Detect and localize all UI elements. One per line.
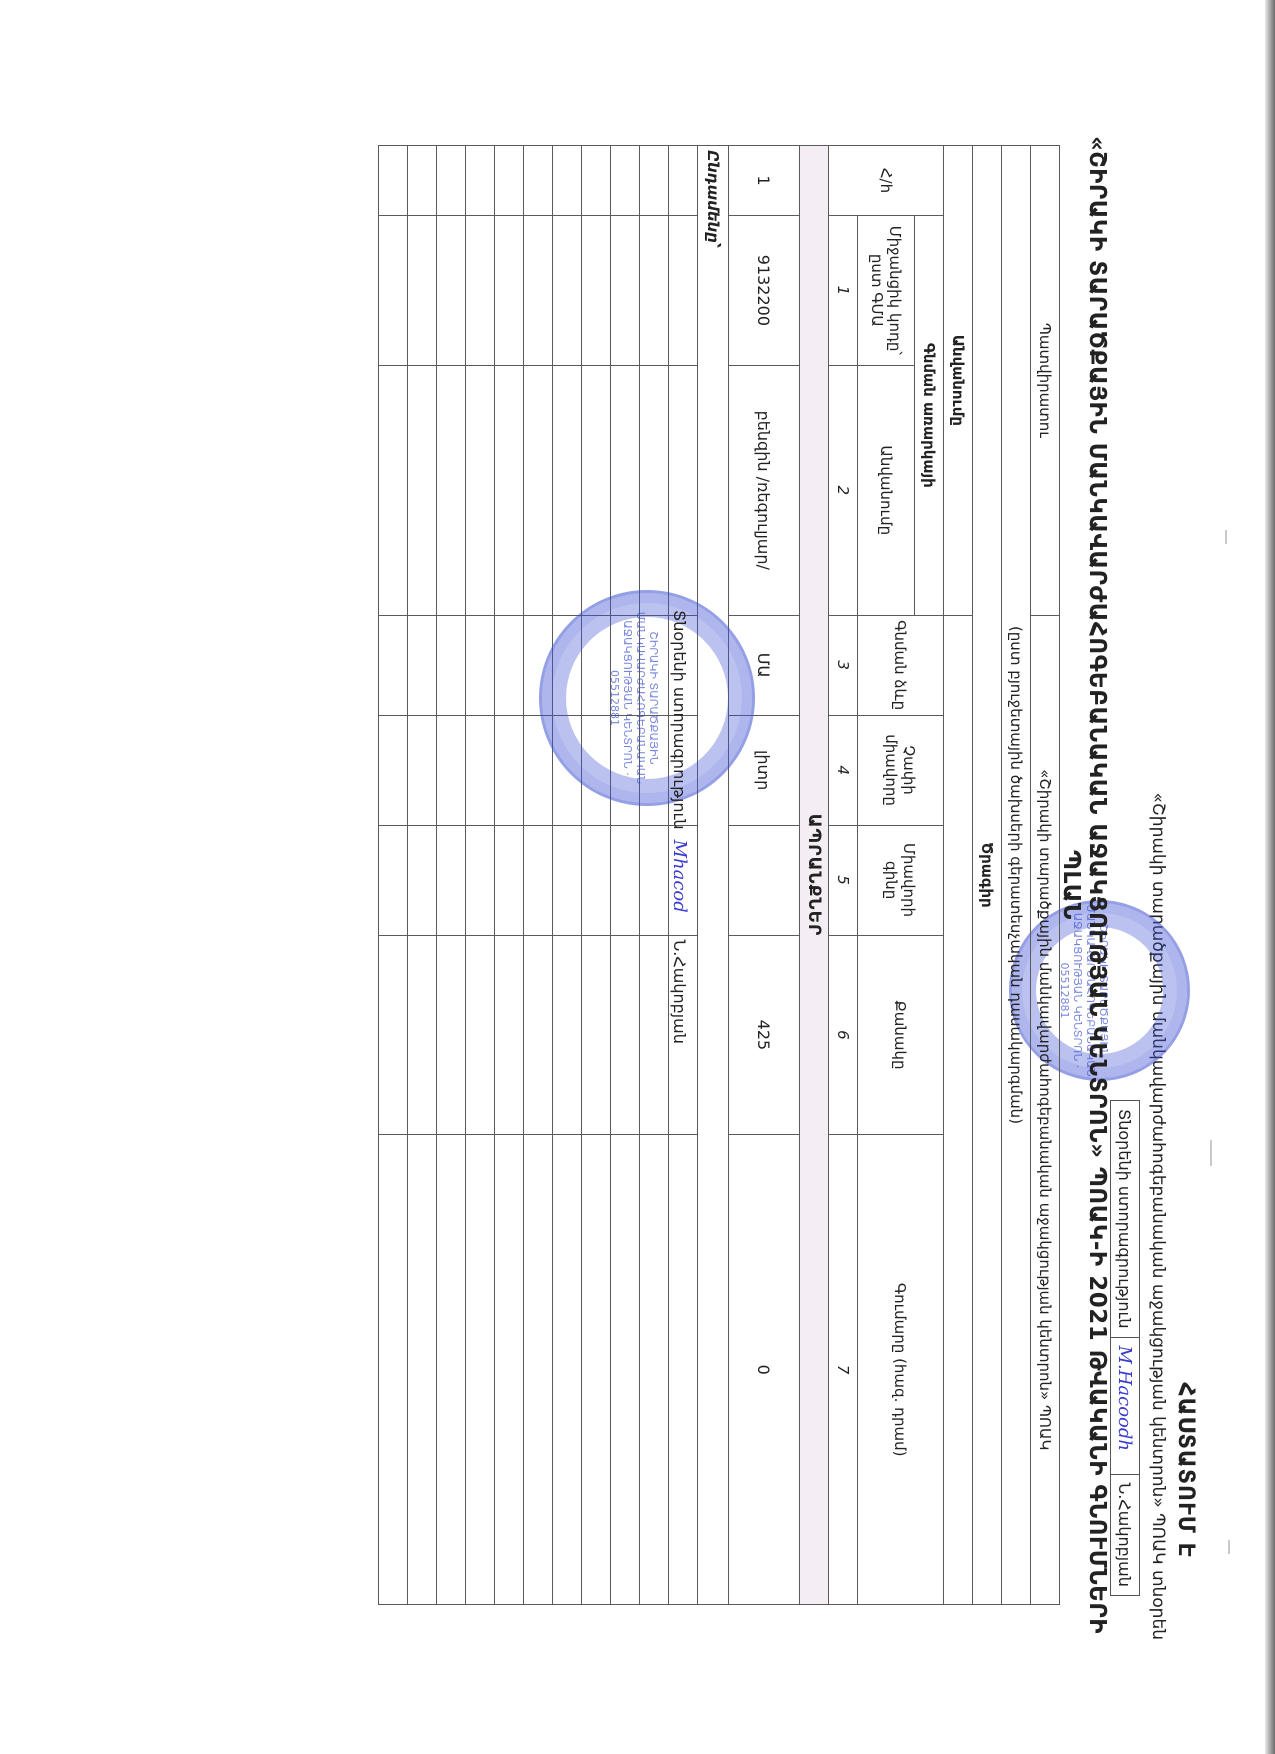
empty-cell xyxy=(640,825,669,935)
empty-cell xyxy=(553,146,582,216)
empty-cell xyxy=(669,1135,698,1605)
column-number: 7 xyxy=(829,1135,858,1605)
empty-cell xyxy=(379,365,408,615)
empty-cell xyxy=(466,825,495,935)
empty-cell xyxy=(495,1135,524,1605)
empty-cell xyxy=(553,215,582,365)
empty-cell xyxy=(669,146,698,216)
row-amount: 0 xyxy=(729,1135,800,1605)
empty-cell xyxy=(582,935,611,1135)
approval-organization: «Շիրակի տարածքային մանկավարժահոգեբանական… xyxy=(1148,100,1168,1640)
empty-cell xyxy=(611,1135,640,1605)
empty-cell xyxy=(437,215,466,365)
scan-edge-shadow xyxy=(1265,0,1275,1754)
rotated-document: ՀԱՍՏԱՏՈՒՄ Է «Շիրակի տարածքային մանկավարժ… xyxy=(60,100,1210,1660)
empty-cell xyxy=(524,365,553,615)
column-number: 4 xyxy=(829,715,858,825)
program-row: Ծրագիր xyxy=(973,146,1002,1605)
empty-cell xyxy=(611,935,640,1135)
empty-cell xyxy=(495,615,524,715)
empty-cell xyxy=(466,215,495,365)
empty-cell xyxy=(524,215,553,365)
empty-cell xyxy=(437,1135,466,1605)
empty-cell xyxy=(553,365,582,615)
column-header-unit: Չափի միավորը xyxy=(858,715,944,825)
empty-table-row xyxy=(553,146,582,1605)
empty-cell xyxy=(495,825,524,935)
empty-table-row xyxy=(379,146,408,1605)
empty-cell xyxy=(408,825,437,935)
row-code: 9132200 xyxy=(729,215,800,365)
document-title: «ՇԻՐԱԿԻ ՏԱՐԱԾՔԱՅԻՆ ՄԱՆԿԱՎԱՐԺԱՀՈԳԵԲԱՆԱԿԱՆ… xyxy=(1058,120,1110,1650)
column-header-code: Միջանցիկ կոդը՝ ըստ ԳՄԱ xyxy=(858,215,915,365)
total-row: Ընդամենը՝ xyxy=(698,146,729,1605)
empty-cell xyxy=(524,146,553,216)
empty-cell xyxy=(379,615,408,715)
empty-cell xyxy=(495,715,524,825)
classification-note: (ըստ բյուջետային ծախսերի գերատեսչական դա… xyxy=(1002,146,1031,1605)
empty-table-row xyxy=(640,146,669,1605)
empty-cell xyxy=(640,935,669,1135)
empty-cell xyxy=(437,935,466,1135)
empty-cell xyxy=(466,715,495,825)
empty-cell xyxy=(640,1135,669,1605)
official-stamp: ՇԻՐԱԿԻ ՏԱՐԱԾՔԱՅԻՆ ՄԱՆԿԱՎԱՐԺԱՀՈԳԵԲԱՆԱԿԱՆ … xyxy=(539,590,755,806)
section-goods: ԱՊՐԱՆՔՆԵՐ xyxy=(800,146,829,1605)
empty-cell xyxy=(640,365,669,615)
empty-cell xyxy=(437,615,466,715)
footer-signature: Տնօրենի ստորագրություն Mhacod Ն.Հակոբյան xyxy=(669,610,690,1044)
empty-cell xyxy=(466,935,495,1135)
empty-table-row xyxy=(524,146,553,1605)
row-quantity: 425 xyxy=(729,935,800,1135)
approval-heading: ՀԱՍՏԱՏՈՒՄ Է xyxy=(1173,1300,1198,1640)
approval-signature-box: Տնօրենի ստորագրություն M.Hacoodh Ն.Հակոբ… xyxy=(1110,1100,1140,1596)
empty-cell xyxy=(495,935,524,1135)
empty-table-row xyxy=(495,146,524,1605)
empty-cell xyxy=(379,935,408,1135)
empty-cell xyxy=(611,146,640,216)
empty-cell xyxy=(495,146,524,216)
empty-cell xyxy=(466,1135,495,1605)
empty-cell xyxy=(669,215,698,365)
table-row: 1 9132200 բենզին /ռեգուլյար/ ՄԱ լիտր 425… xyxy=(729,146,800,1605)
row-unit-price xyxy=(729,825,800,935)
empty-cell xyxy=(466,615,495,715)
empty-cell xyxy=(466,365,495,615)
empty-cell xyxy=(437,146,466,216)
empty-cell xyxy=(524,1135,553,1605)
column-number: 5 xyxy=(829,825,858,935)
scan-mark xyxy=(1228,1540,1230,1554)
empty-cell xyxy=(640,146,669,216)
signer-name: Ն.Հակոբյան xyxy=(1111,1475,1139,1595)
section-row: ԱՊՐԱՆՔՆԵՐ xyxy=(800,146,829,1605)
row-index: 1 xyxy=(729,146,800,216)
scan-mark xyxy=(1225,530,1227,544)
classification-row: (ըստ բյուջետային ծախսերի գերատեսչական դա… xyxy=(1002,146,1031,1605)
empty-cell xyxy=(379,215,408,365)
empty-table-row xyxy=(466,146,495,1605)
empty-cell xyxy=(524,825,553,935)
total-label: Ընդամենը՝ xyxy=(698,146,729,1605)
empty-cell xyxy=(379,146,408,216)
column-number: 1 xyxy=(829,215,858,365)
empty-cell xyxy=(669,365,698,615)
empty-cell xyxy=(408,146,437,216)
empty-cell xyxy=(611,825,640,935)
subject-label: Գնման առարկայի xyxy=(915,215,944,615)
empty-cell xyxy=(379,715,408,825)
empty-rows xyxy=(379,146,698,1605)
program-label: Ծրագիր xyxy=(973,146,1002,1605)
empty-cell xyxy=(379,1135,408,1605)
footer-signer-name: Ն.Հակոբյան xyxy=(670,940,689,1044)
empty-cell xyxy=(408,215,437,365)
empty-cell xyxy=(640,215,669,365)
empty-cell xyxy=(582,215,611,365)
empty-cell xyxy=(408,365,437,615)
footer-signature-mark: Mhacod xyxy=(669,840,690,930)
customer-value: «Շիրակի տարածքային մանկավարժահոգեբանական… xyxy=(1031,615,1060,1604)
empty-cell xyxy=(437,715,466,825)
scan-mark xyxy=(1210,1140,1212,1166)
column-number: 2 xyxy=(829,365,858,615)
signature-label: Տնօրենի ստորագրություն xyxy=(1111,1101,1139,1338)
procurement-plan-table: Պատվիրատու «Շիրակի տարածքային մանկավարժա… xyxy=(378,145,1060,1605)
empty-cell xyxy=(408,935,437,1135)
footer-signature-label: Տնօրենի ստորագրություն xyxy=(670,610,689,830)
empty-cell xyxy=(408,1135,437,1605)
empty-cell xyxy=(495,365,524,615)
column-number-row: 1 2 3 4 5 6 7 xyxy=(829,146,858,1605)
empty-cell xyxy=(611,215,640,365)
name-label: Անվանումը xyxy=(944,146,973,616)
empty-cell xyxy=(582,146,611,216)
column-header-unit-price: Միավորի գինը xyxy=(858,825,944,935)
empty-cell xyxy=(582,1135,611,1605)
empty-cell xyxy=(553,1135,582,1605)
customer-label: Պատվիրատու xyxy=(1031,146,1060,616)
empty-cell xyxy=(437,365,466,615)
column-number: 3 xyxy=(829,615,858,715)
empty-cell xyxy=(408,715,437,825)
column-header-quantity: Քանակը xyxy=(858,935,944,1135)
stamp-text: ՇԻՐԱԿԻ ՏԱՐԱԾՔԱՅԻՆ ՄԱՆԿԱՎԱՐԺԱՀՈԳԵԲԱՆԱԿԱՆ … xyxy=(608,593,660,803)
row-name: բենզին /ռեգուլյար/ xyxy=(729,365,800,615)
column-number: 6 xyxy=(829,935,858,1135)
customer-row: Պատվիրատու «Շիրակի տարածքային մանկավարժա… xyxy=(1031,146,1060,1605)
empty-cell xyxy=(437,825,466,935)
empty-table-row xyxy=(437,146,466,1605)
empty-table-row xyxy=(582,146,611,1605)
empty-cell xyxy=(582,365,611,615)
empty-cell xyxy=(379,825,408,935)
column-header-name: Անվանումը xyxy=(858,365,915,615)
empty-cell xyxy=(611,365,640,615)
header-row: Հ/հ Գնման առարկայի Գնման ձևը Չափի միավոր… xyxy=(915,146,944,1605)
column-header-amount: Գումարը (հազ. դրամ) xyxy=(858,1135,944,1605)
empty-table-row xyxy=(408,146,437,1605)
empty-cell xyxy=(466,146,495,216)
empty-cell xyxy=(524,935,553,1135)
signature-mark: M.Hacoodh xyxy=(1111,1338,1139,1475)
empty-cell xyxy=(553,825,582,935)
empty-cell xyxy=(582,825,611,935)
name-row: Անվանումը xyxy=(944,146,973,1605)
empty-table-row xyxy=(611,146,640,1605)
empty-cell xyxy=(495,215,524,365)
row-number-header: Հ/հ xyxy=(829,146,944,216)
empty-cell xyxy=(408,615,437,715)
empty-cell xyxy=(553,935,582,1135)
column-header-method: Գնման ձևը xyxy=(858,615,944,715)
